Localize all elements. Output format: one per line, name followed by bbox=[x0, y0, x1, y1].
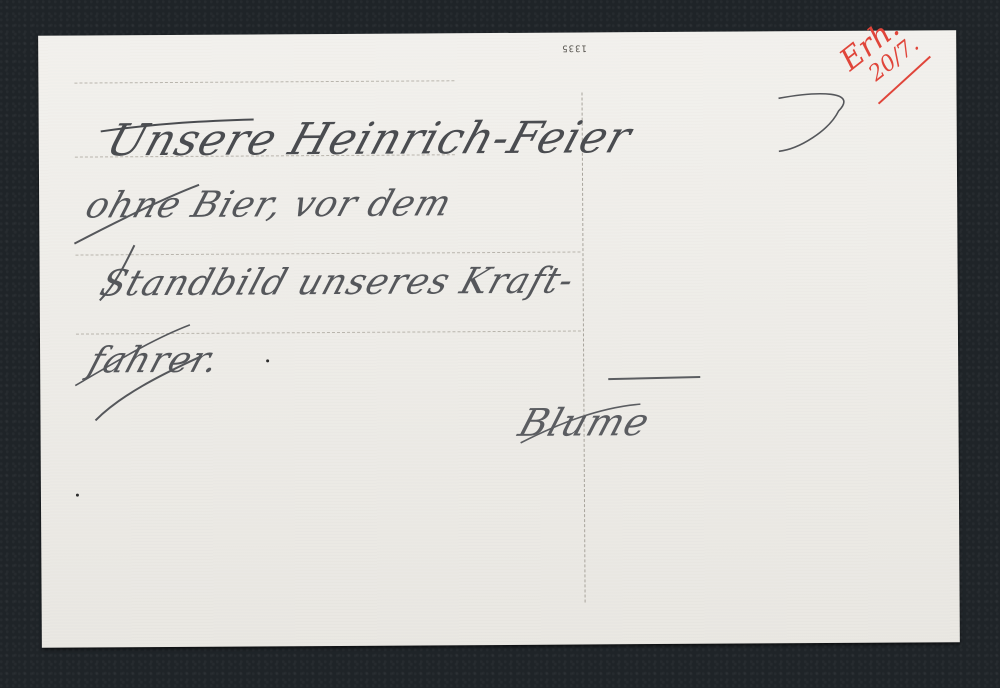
paper-speck bbox=[76, 494, 79, 497]
handwritten-line-3: Standbild unseres Kraft- bbox=[95, 261, 580, 305]
red-annotation: Erh. 20/7. bbox=[835, 9, 924, 95]
paper-speck bbox=[266, 359, 269, 362]
handwritten-line-4: fahrer. bbox=[84, 340, 225, 382]
postcard: 1335 Unsere Heinrich-Feier ohne Bier, vo… bbox=[38, 30, 960, 648]
print-number: 1335 bbox=[561, 42, 587, 52]
address-rule bbox=[75, 252, 580, 256]
signature-overline bbox=[608, 376, 700, 380]
signature: Blume bbox=[513, 400, 655, 445]
handwritten-line-2: ohne Bier, vor dem bbox=[81, 183, 457, 226]
handwritten-line-1: Unsere Heinrich-Feier bbox=[101, 112, 638, 166]
center-divider bbox=[581, 92, 585, 602]
address-rule bbox=[74, 80, 454, 83]
address-rule bbox=[76, 330, 581, 334]
